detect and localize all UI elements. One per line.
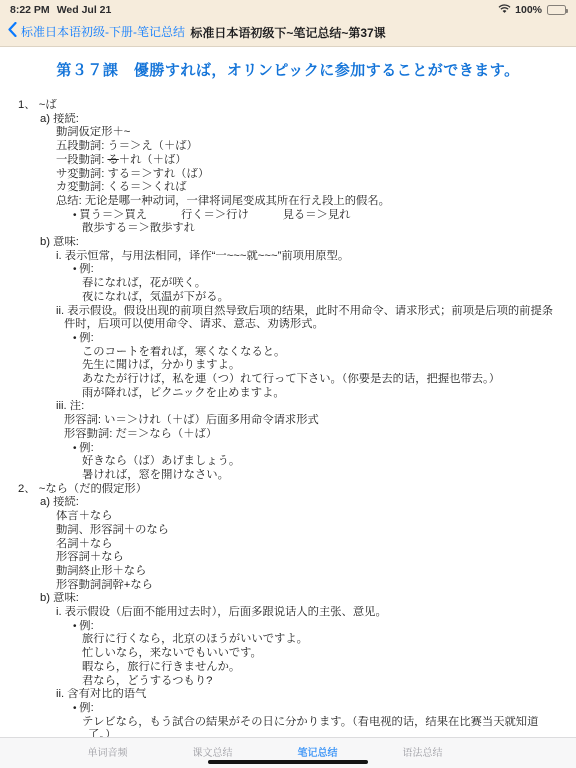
doc-line: カ変動詞: くる＝＞くれば	[0, 181, 576, 195]
doc-line: 忙しいなら，来ないでもいいです。	[0, 647, 576, 661]
doc-line: 总结: 无论是哪一种动词，一律将词尾变成其所在行え段上的假名。	[0, 195, 576, 209]
doc-line: ii. 表示假设。假设出现的前项自然导致后项的结果，此时不用命令、请求形式；前项…	[0, 305, 576, 319]
battery-icon	[547, 5, 566, 15]
doc-line: 好きなら（ば）あげましょう。	[0, 455, 576, 469]
doc-line: 暇なら，旅行に行きませんか。	[0, 661, 576, 675]
lesson-title: 第３７課 優勝すれば，オリンピックに参加することができます。	[0, 59, 576, 80]
doc-line: あなたが行けば，私を連（つ）れて行って下さい。（你要是去的话，把握也带去。）	[0, 373, 576, 387]
doc-line: ii. 含有对比的语气	[0, 688, 576, 702]
doc-line: 形容詞: い＝＞けれ（＋ば）后面多用命令请求形式	[0, 414, 576, 428]
doc-line: i. 表示恒常，与用法相同，译作“一~~~就~~~”前项用原型。	[0, 250, 576, 264]
tab-课文总结[interactable]: 课文总结	[193, 744, 233, 759]
doc-line: • 例:	[0, 332, 576, 346]
doc-line: テレビなら，もう試合の結果がその日に分かります。（看电视的话，结果在比赛当天就知…	[0, 716, 576, 730]
tab-单词音频[interactable]: 单词音频	[88, 744, 128, 759]
status-time: 8:22 PM	[10, 4, 50, 16]
doc-line: 五段動詞: う＝＞え（＋ば）	[0, 140, 576, 154]
doc-line: 形容詞＋なら	[0, 551, 576, 565]
doc-line: • 例:	[0, 263, 576, 277]
lesson-notes: 1、 ~ばa) 接続: 動詞仮定形＋~五段動詞: う＝＞え（＋ば）一段動詞: る…	[0, 99, 576, 743]
doc-line: i. 表示假设（后面不能用过去时），后面多跟说话人的主张、意见。	[0, 606, 576, 620]
battery-percent: 100%	[515, 4, 542, 16]
doc-line: 暑ければ，窓を開けなさい。	[0, 469, 576, 483]
doc-line: 名詞＋なら	[0, 538, 576, 552]
notes-scroll-area[interactable]: 第３７課 優勝すれば，オリンピックに参加することができます。 1、 ~ばa) 接…	[0, 47, 576, 768]
doc-line: • 例:	[0, 702, 576, 716]
tab-bar: 单词音频课文总结笔记总结语法总结	[0, 737, 576, 768]
doc-line: a) 接続:	[0, 113, 576, 127]
doc-line: a) 接続:	[0, 496, 576, 510]
back-chevron-icon	[8, 22, 17, 40]
back-button[interactable]: 标准日本语初级-下册-笔记总结	[8, 22, 185, 40]
doc-line: このコートを着れば，寒くなくなると。	[0, 346, 576, 360]
doc-line: 件时，后项可以使用命令、请求、意志、劝诱形式。	[0, 318, 576, 332]
nav-bar: 标准日本语初级下~笔记总结~第37课 标准日本语初级-下册-笔记总结	[0, 20, 576, 46]
doc-line: 動詞終止形＋なら	[0, 565, 576, 579]
doc-line: 夜になれば，気温が下がる。	[0, 291, 576, 305]
home-indicator[interactable]	[208, 760, 368, 765]
doc-line: • 例:	[0, 442, 576, 456]
doc-line: 1、 ~ば	[0, 99, 576, 113]
doc-line: 散歩する＝＞散歩すれ	[0, 222, 576, 236]
doc-line: 体言＋なら	[0, 510, 576, 524]
doc-line: 君なら，どうするつもり?	[0, 675, 576, 689]
doc-line: 春になれば，花が咲く。	[0, 277, 576, 291]
wifi-icon	[498, 4, 511, 17]
doc-line: b) 意味:	[0, 236, 576, 250]
status-bar: 8:22 PM Wed Jul 21 100%	[0, 0, 576, 20]
doc-line: 雨が降れば，ピクニックを止めますよ。	[0, 387, 576, 401]
doc-line: iii. 注:	[0, 400, 576, 414]
doc-line: 動詞、形容詞＋のなら	[0, 524, 576, 538]
doc-line: • 買う＝＞買え 行く＝＞行け 見る＝＞見れ	[0, 209, 576, 223]
doc-line: 2、 ~なら（だ的假定形）	[0, 483, 576, 497]
status-date: Wed Jul 21	[57, 4, 112, 16]
doc-line: 形容動詞詞幹+なら	[0, 579, 576, 593]
doc-line: 形容動詞: だ＝＞なら（＋ば）	[0, 428, 576, 442]
doc-line: 先生に聞けば，分かりますよ。	[0, 359, 576, 373]
doc-line: 一段動詞: る＋れ（＋ば）	[0, 154, 576, 168]
doc-line: 動詞仮定形＋~	[0, 126, 576, 140]
tab-语法总结[interactable]: 语法总结	[403, 744, 443, 759]
doc-line: • 例:	[0, 620, 576, 634]
back-button-label: 标准日本语初级-下册-笔记总结	[21, 23, 185, 40]
doc-line: 旅行に行くなら，北京のほうがいいですよ。	[0, 633, 576, 647]
top-bar: 8:22 PM Wed Jul 21 100% 标准日本语初级下~笔记总结~第3…	[0, 0, 576, 47]
tab-笔记总结[interactable]: 笔记总结	[298, 744, 338, 759]
doc-line: サ変動詞: する＝＞すれ（ば）	[0, 168, 576, 182]
doc-line: b) 意味:	[0, 592, 576, 606]
